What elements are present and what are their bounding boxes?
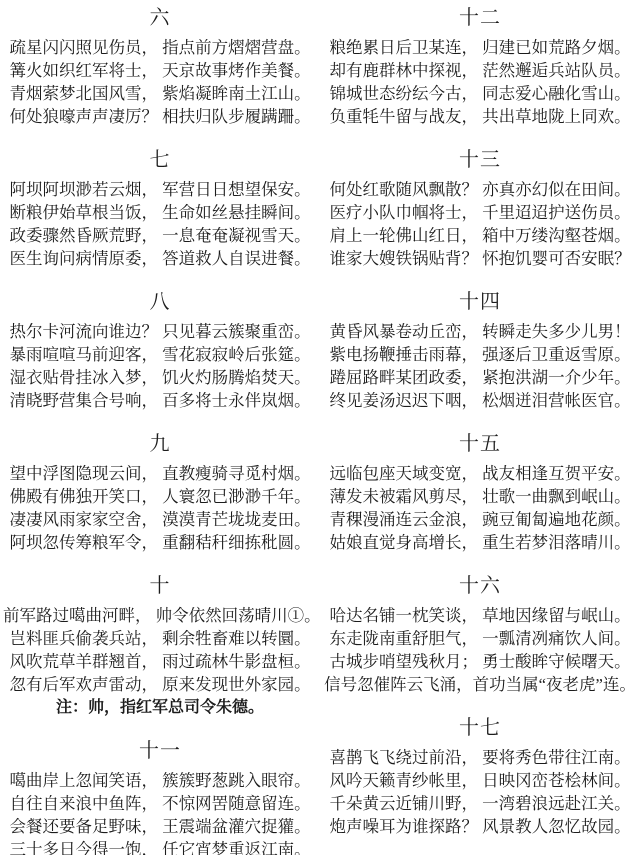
poem-line: 谁家大嫂铁锅贴背？ 怀抱饥婴可否安眠？ <box>323 247 637 270</box>
poem-line: 风吟天籁青纱帐里， 日映冈峦苍桧林间。 <box>323 769 637 792</box>
poem-line: 前军路过噶曲河畔， 帅令依然回荡晴川①。 <box>3 604 317 627</box>
poem-line: 会餐还要备足野味， 王震端盆灌穴捉獾。 <box>3 815 317 838</box>
poem-line: 医生询问病情原委， 答道救人自误进餐。 <box>3 247 317 270</box>
poem-line: 哈达名铺一枕笑谈， 草地因缘留与岷山。 <box>323 604 637 627</box>
poem-line: 三十多日今得一饱， 任它宵梦重返江南。 <box>3 838 317 855</box>
poem-line: 望中浮图隐现云间， 直教瘦骑寻觅村烟。 <box>3 462 317 485</box>
poem-line: 肩上一轮佛山红日， 箱中万缕沟壑苍烟。 <box>323 224 637 247</box>
poem-line: 暴雨喧喧马前迎客， 雪花寂寂岭后张筵。 <box>3 343 317 366</box>
poem-line: 炮声噪耳为谁探路？ 风景教人忽忆故园。 <box>323 815 637 838</box>
section-number: 十 <box>3 575 317 598</box>
section-number: 七 <box>3 149 317 172</box>
column-right: 十二 粮绝累日后卫某连， 归建已如荒路夕烟。 却有鹿群林中探视， 茫然邂逅兵站队… <box>320 0 640 855</box>
poem-line: 何处狼嚎声声凄厉？ 相扶归队步履蹒跚。 <box>3 105 317 128</box>
poem-line: 噶曲岸上忽闻笑语， 簇簇野葱跳入眼帘。 <box>3 769 317 792</box>
section-number: 十七 <box>323 717 637 740</box>
poem-section-14: 十四 黄昏风暴卷动丘峦， 转瞬走失多少儿男！ 紫电扬鞭捶击雨幕， 强逐后卫重返雪… <box>323 291 637 412</box>
section-number: 六 <box>3 7 317 30</box>
poem-line: 粮绝累日后卫某连， 归建已如荒路夕烟。 <box>323 36 637 59</box>
poem-section-9: 九 望中浮图隐现云间， 直教瘦骑寻觅村烟。 佛殿有佛独开笑口， 人寰忽已渺渺千年… <box>3 433 317 554</box>
poem-line: 青稞漫涌连云金浪， 豌豆匍匐遍地花颜。 <box>323 508 637 531</box>
poem-line: 岂料匪兵偷袭兵站， 剩余牲畜难以转圜。 <box>3 627 317 650</box>
poem-line: 清晓野营集合号响， 百多将士永伴岚烟。 <box>3 389 317 412</box>
poem-line: 薄发未被霜风剪尽， 壮歌一曲飘到岷山。 <box>323 485 637 508</box>
poem-line: 踡屈路畔某团政委， 紧抱洪湖一介少年。 <box>323 366 637 389</box>
poem-section-8: 八 热尔卡河流向谁边？ 只见暮云簇聚重峦。 暴雨喧喧马前迎客， 雪花寂寂岭后张筵… <box>3 291 317 412</box>
poem-line: 何处红歌随风飘散？ 亦真亦幻似在田间。 <box>323 178 637 201</box>
poem-line: 阿坝阿坝渺若云烟， 军营日日想望保安。 <box>3 178 317 201</box>
poem-line: 凄凄风雨家家空舍， 漠漠青芒垅垅麦田。 <box>3 508 317 531</box>
poem-line: 风吹荒草羊群翘首， 雨过疏林牛影盘桓。 <box>3 650 317 673</box>
poem-line: 断粮伊始草根当饭， 生命如丝悬挂瞬间。 <box>3 201 317 224</box>
poem-line: 终见姜汤迟迟下咽， 松烟迸泪营帐医官。 <box>323 389 637 412</box>
section-number: 十六 <box>323 575 637 598</box>
poem-line: 负重牦牛留与战友， 共出草地陇上同欢。 <box>323 105 637 128</box>
poem-section-13: 十三 何处红歌随风飘散？ 亦真亦幻似在田间。 医疗小队巾帼将士， 千里迢迢护送伤… <box>323 149 637 270</box>
poem-section-12: 十二 粮绝累日后卫某连， 归建已如荒路夕烟。 却有鹿群林中探视， 茫然邂逅兵站队… <box>323 7 637 128</box>
section-number: 十二 <box>323 7 637 30</box>
poem-line: 黄昏风暴卷动丘峦， 转瞬走失多少儿男！ <box>323 320 637 343</box>
poem-line: 锦城世态纷纭今古， 同志爱心融化雪山。 <box>323 82 637 105</box>
poem-line: 紫电扬鞭捶击雨幕， 强逐后卫重返雪原。 <box>323 343 637 366</box>
section-number: 十四 <box>323 291 637 314</box>
poem-line: 自往自来浪中鱼阵， 不惊网罟随意留连。 <box>3 792 317 815</box>
poem-section-15: 十五 远临包座天域变宽， 战友相逢互贺平安。 薄发未被霜风剪尽， 壮歌一曲飘到岷… <box>323 433 637 554</box>
poem-line: 远临包座天域变宽， 战友相逢互贺平安。 <box>323 462 637 485</box>
poem-line: 热尔卡河流向谁边？ 只见暮云簇聚重峦。 <box>3 320 317 343</box>
poem-section-17: 十七 喜鹊飞飞绕过前沿， 要将秀色带往江南。 风吟天籁青纱帐里， 日映冈峦苍桧林… <box>323 717 637 838</box>
poem-line: 政委骤然昏厥荒野， 一息奄奄凝视雪天。 <box>3 224 317 247</box>
column-left: 六 疏星闪闪照见伤员， 指点前方熠熠营盘。 篝火如织红军将士， 天京故事烤作美餐… <box>0 0 320 855</box>
poem-line: 湿衣贴骨挂冰入梦， 饥火灼肠腾焰焚天。 <box>3 366 317 389</box>
section-number: 十三 <box>323 149 637 172</box>
poem-section-6: 六 疏星闪闪照见伤员， 指点前方熠熠营盘。 篝火如织红军将士， 天京故事烤作美餐… <box>3 7 317 128</box>
poem-line: 篝火如织红军将士， 天京故事烤作美餐。 <box>3 59 317 82</box>
poem-line: 忽有后军欢声雷动， 原来发现世外家园。 <box>3 673 317 696</box>
section-number: 十一 <box>3 740 317 763</box>
poem-line: 疏星闪闪照见伤员， 指点前方熠熠营盘。 <box>3 36 317 59</box>
poem-line: 青烟萦梦北国风雪， 紫焰凝眸南土江山。 <box>3 82 317 105</box>
section-number: 九 <box>3 433 317 456</box>
poem-line: 阿坝忽传筹粮军令， 重翻秸秆细拣秕圆。 <box>3 531 317 554</box>
poem-line: 却有鹿群林中探视， 茫然邂逅兵站队员。 <box>323 59 637 82</box>
poem-line: 喜鹊飞飞绕过前沿， 要将秀色带往江南。 <box>323 746 637 769</box>
poem-line: 古城步哨望残秋月； 勇士酸眸守候曙天。 <box>323 650 637 673</box>
section-number: 八 <box>3 291 317 314</box>
poem-line: 东走陇南重舒胆气， 一瓢清冽痛饮人间。 <box>323 627 637 650</box>
poem-line: 信号忽催阵云飞涌，首功当属“夜老虎”连。 <box>323 673 637 696</box>
poem-line: 佛殿有佛独开笑口， 人寰忽已渺渺千年。 <box>3 485 317 508</box>
poem-note: 注：帅，指红军总司令朱德。 <box>3 696 317 719</box>
poem-section-7: 七 阿坝阿坝渺若云烟， 军营日日想望保安。 断粮伊始草根当饭， 生命如丝悬挂瞬间… <box>3 149 317 270</box>
poem-section-10: 十 前军路过噶曲河畔， 帅令依然回荡晴川①。 岂料匪兵偷袭兵站， 剩余牲畜难以转… <box>3 575 317 719</box>
poem-document: 六 疏星闪闪照见伤员， 指点前方熠熠营盘。 篝火如织红军将士， 天京故事烤作美餐… <box>0 0 640 855</box>
poem-section-16: 十六 哈达名铺一枕笑谈， 草地因缘留与岷山。 东走陇南重舒胆气， 一瓢清冽痛饮人… <box>323 575 637 696</box>
section-number: 十五 <box>323 433 637 456</box>
poem-section-11: 十一 噶曲岸上忽闻笑语， 簇簇野葱跳入眼帘。 自往自来浪中鱼阵， 不惊网罟随意留… <box>3 740 317 855</box>
poem-line: 医疗小队巾帼将士， 千里迢迢护送伤员。 <box>323 201 637 224</box>
poem-line: 千朵黄云近铺川野， 一湾碧浪远赴江关。 <box>323 792 637 815</box>
poem-line: 姑娘直觉身高增长， 重生若梦泪落晴川。 <box>323 531 637 554</box>
